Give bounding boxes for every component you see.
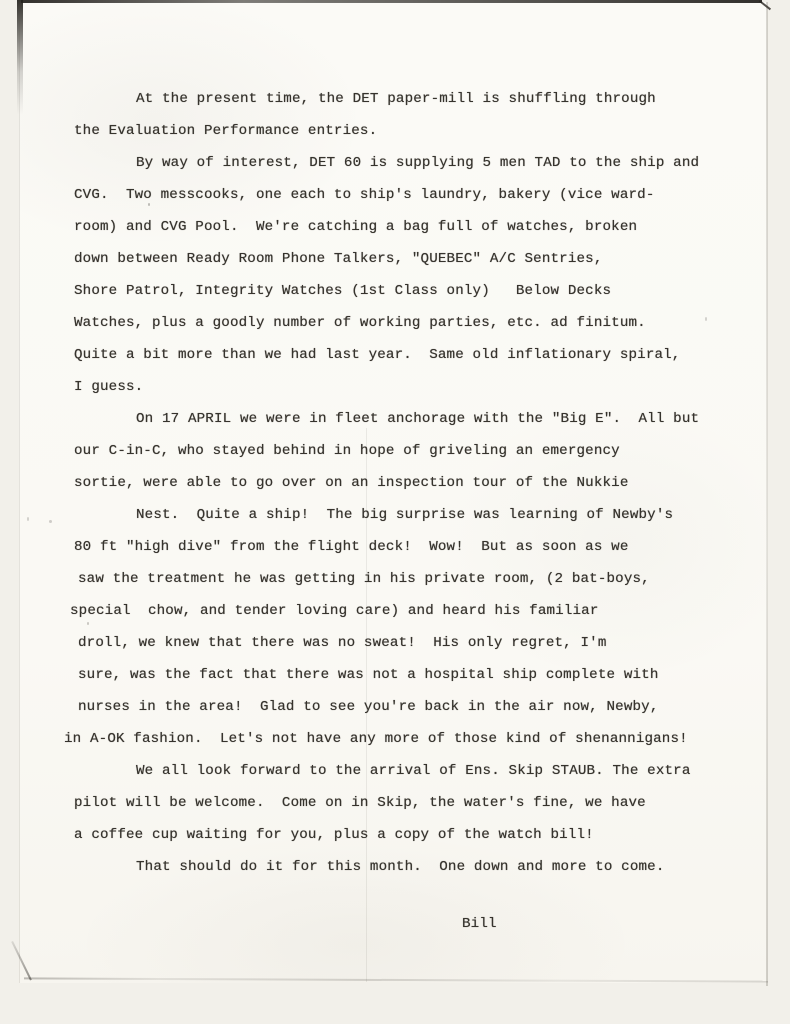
typed-line: room) and CVG Pool. We're catching a bag…: [0, 211, 790, 243]
scanned-document: At the present time, the DET paper-mill …: [0, 0, 790, 1024]
typed-line: CVG. Two messcooks, one each to ship's l…: [0, 179, 790, 211]
typed-line: sure, was the fact that there was not a …: [0, 659, 790, 691]
typed-line: droll, we knew that there was no sweat! …: [0, 627, 790, 659]
typed-line: Shore Patrol, Integrity Watches (1st Cla…: [0, 275, 790, 307]
typed-line: pilot will be welcome. Come on in Skip, …: [0, 787, 790, 819]
typed-line: down between Ready Room Phone Talkers, "…: [0, 243, 790, 275]
typed-line: At the present time, the DET paper-mill …: [0, 83, 790, 115]
signature: Bill: [462, 908, 497, 940]
typed-line: On 17 APRIL we were in fleet anchorage w…: [0, 403, 790, 435]
typed-line: Nest. Quite a ship! The big surprise was…: [0, 499, 790, 531]
typed-line: That should do it for this month. One do…: [0, 851, 790, 883]
typed-line: in A-OK fashion. Let's not have any more…: [0, 723, 790, 755]
typed-line: sortie, were able to go over on an inspe…: [0, 467, 790, 499]
typed-text-body: At the present time, the DET paper-mill …: [0, 83, 790, 883]
typed-line: We all look forward to the arrival of En…: [0, 755, 790, 787]
typed-line: a coffee cup waiting for you, plus a cop…: [0, 819, 790, 851]
typed-line: I guess.: [0, 371, 790, 403]
typed-line: special chow, and tender loving care) an…: [0, 595, 790, 627]
typed-line: saw the treatment he was getting in his …: [0, 563, 790, 595]
typed-line: Quite a bit more than we had last year. …: [0, 339, 790, 371]
typed-line: nurses in the area! Glad to see you're b…: [0, 691, 790, 723]
typed-line: Watches, plus a goodly number of working…: [0, 307, 790, 339]
typed-line: 80 ft "high dive" from the flight deck! …: [0, 531, 790, 563]
typed-line: the Evaluation Performance entries.: [0, 115, 790, 147]
scan-edge-top: [21, 0, 762, 3]
typed-line: our C-in-C, who stayed behind in hope of…: [0, 435, 790, 467]
typed-line: By way of interest, DET 60 is supplying …: [0, 147, 790, 179]
